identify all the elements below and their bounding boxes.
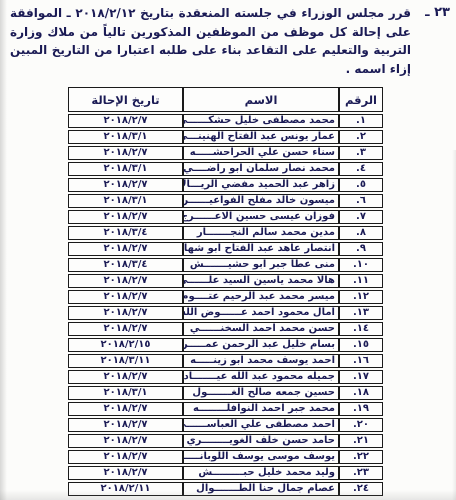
- col-header-date: تاريخ الإحالة: [68, 87, 183, 112]
- row-date-cell: ٢٠١٨/٢/٧: [68, 290, 183, 304]
- row-number-cell: ٤.: [339, 162, 383, 176]
- decision-text: قرر مجلس الوزراء في جلسته المنعقدة بتاري…: [10, 4, 411, 78]
- row-name-cell: مدين محمد سالم النجـــــــار: [183, 226, 339, 240]
- scan-artifact-right-edge: [452, 150, 456, 500]
- row-name-cell: يوسف موسى يوسف اللوبانـــــي: [183, 450, 339, 464]
- row-number-cell: ١٤.: [339, 322, 383, 336]
- row-name-cell: منى عطا جبر ابو حشيـــــــش: [183, 258, 339, 272]
- table-header-row: الرقم الاسم تاريخ الإحالة: [68, 87, 383, 112]
- row-name-cell: هالا محمد ياسين السيد علــــــي: [183, 274, 339, 288]
- table-row: ١٢. ميسر محمد عبد الرحيم عتــــوم ٢٠١٨/٢…: [68, 290, 383, 304]
- table-row: ١٨. حسين جمعه صالح الغـــــــول ٢٠١٨/٣/١: [68, 386, 383, 400]
- row-number-cell: ٢٠.: [339, 418, 383, 432]
- scanned-decree-page: { "page": { "background": "#fcfcfa", "in…: [0, 0, 456, 500]
- table-row: ١٧. جميله محمود عبد الله عيـــــــاد ٢٠١…: [68, 370, 383, 384]
- row-number-cell: ٧.: [339, 210, 383, 224]
- row-date-cell: ٢٠١٨/٢/٧: [68, 450, 183, 464]
- table-body: ١. محمد مصطفى خليل حشكــــــي ٢٠١٨/٢/٧ ٢…: [68, 114, 383, 496]
- row-number-cell: ٢٢.: [339, 450, 383, 464]
- row-number-cell: ٢٣.: [339, 466, 383, 480]
- table-row: ٦. ميسون خالد مفلح الفواعيــــــر ٢٠١٨/٣…: [68, 194, 383, 208]
- row-number-cell: ١٩.: [339, 402, 383, 416]
- row-name-cell: فوزان عيسى حسين الاعــــــرج: [183, 210, 339, 224]
- row-name-cell: انتصار عاهد عبد الفتاح ابو شهاب: [183, 242, 339, 256]
- row-number-cell: ١٥.: [339, 338, 383, 352]
- table-row: ١٠. منى عطا جبر ابو حشيـــــــش ٢٠١٨/٣/٤: [68, 258, 383, 272]
- row-name-cell: احمد مصطفى علي العباســــــي: [183, 418, 339, 432]
- row-date-cell: ٢٠١٨/٢/٧: [68, 274, 183, 288]
- table-row: ٩. انتصار عاهد عبد الفتاح ابو شهاب ٢٠١٨/…: [68, 242, 383, 256]
- item-number: ٢٣ ـ: [416, 4, 450, 78]
- row-number-cell: ٢١.: [339, 434, 383, 448]
- row-number-cell: ١٧.: [339, 370, 383, 384]
- row-number-cell: ٣.: [339, 146, 383, 160]
- row-name-cell: سناء حسن علي الحراحشـــــه: [183, 146, 339, 160]
- table-row: ١٦. احمد يوسف محمد ابو زينـــــه ٢٠١٨/٣/…: [68, 354, 383, 368]
- row-name-cell: بسام خليل عبد الرحمن عمـــــرو: [183, 338, 339, 352]
- row-date-cell: ٢٠١٨/٣/١: [68, 386, 183, 400]
- table-row: ١. محمد مصطفى خليل حشكــــــي ٢٠١٨/٢/٧: [68, 114, 383, 128]
- row-date-cell: ٢٠١٨/٣/١١: [68, 354, 183, 368]
- row-name-cell: وليد محمد خليل حبـــــــــش: [183, 466, 339, 480]
- row-name-cell: جميله محمود عبد الله عيـــــــاد: [183, 370, 339, 384]
- row-date-cell: ٢٠١٨/٢/٧: [68, 322, 183, 336]
- row-date-cell: ٢٠١٨/٢/٧: [68, 146, 183, 160]
- table-row: ٢٠. احمد مصطفى علي العباســــــي ٢٠١٨/٢/…: [68, 418, 383, 432]
- row-name-cell: محمد مصطفى خليل حشكــــــي: [183, 114, 339, 128]
- row-name-cell: حامد حسن خلف الغويــــــــري: [183, 434, 339, 448]
- row-date-cell: ٢٠١٨/٢/١٥: [68, 338, 183, 352]
- table-row: ١٥. بسام خليل عبد الرحمن عمـــــرو ٢٠١٨/…: [68, 338, 383, 352]
- row-date-cell: ٢٠١٨/٣/٤: [68, 258, 183, 272]
- row-date-cell: ٢٠١٨/٢/٧: [68, 114, 183, 128]
- row-date-cell: ٢٠١٨/٢/٧: [68, 370, 183, 384]
- table-row: ٢. عمار يونس عبد الفتاح الهنينـــي ٢٠١٨/…: [68, 130, 383, 144]
- row-number-cell: ٢٤.: [339, 482, 383, 496]
- row-number-cell: ٦.: [339, 194, 383, 208]
- table-row: ١١. هالا محمد ياسين السيد علــــــي ٢٠١٨…: [68, 274, 383, 288]
- retirement-table: الرقم الاسم تاريخ الإحالة ١. محمد مصطفى …: [68, 85, 383, 498]
- row-number-cell: ١.: [339, 114, 383, 128]
- table-row: ٢٢. يوسف موسى يوسف اللوبانـــــي ٢٠١٨/٢/…: [68, 450, 383, 464]
- row-name-cell: احمد يوسف محمد ابو زينـــــه: [183, 354, 339, 368]
- table-row: ١٩. محمد جبر احمد النوافلــــــــه ٢٠١٨/…: [68, 402, 383, 416]
- row-date-cell: ٢٠١٨/٣/١: [68, 162, 183, 176]
- row-name-cell: ميسون خالد مفلح الفواعيــــــر: [183, 194, 339, 208]
- row-name-cell: عمار يونس عبد الفتاح الهنينـــي: [183, 130, 339, 144]
- row-number-cell: ٨.: [339, 226, 383, 240]
- row-date-cell: ٢٠١٨/٢/٧: [68, 178, 183, 192]
- table-row: ١٣. امال محمود احمد عــــــوض الله ٢٠١٨/…: [68, 306, 383, 320]
- row-number-cell: ٥.: [339, 178, 383, 192]
- row-number-cell: ١٨.: [339, 386, 383, 400]
- row-date-cell: ٢٠١٨/٢/٧: [68, 466, 183, 480]
- table-row: ٣. سناء حسن علي الحراحشـــــه ٢٠١٨/٢/٧: [68, 146, 383, 160]
- col-header-number: الرقم: [339, 87, 383, 112]
- row-date-cell: ٢٠١٨/٢/٧: [68, 434, 183, 448]
- row-date-cell: ٢٠١٨/٢/٧: [68, 210, 183, 224]
- row-number-cell: ١٦.: [339, 354, 383, 368]
- table-row: ٢١. حامد حسن خلف الغويــــــــري ٢٠١٨/٢/…: [68, 434, 383, 448]
- row-number-cell: ١٣.: [339, 306, 383, 320]
- col-header-name: الاسم: [183, 87, 339, 112]
- row-number-cell: ٢.: [339, 130, 383, 144]
- row-date-cell: ٢٠١٨/٢/١١: [68, 482, 183, 496]
- row-number-cell: ١١.: [339, 274, 383, 288]
- row-name-cell: عصام جمال حنا الطـــــــوال: [183, 482, 339, 496]
- row-date-cell: ٢٠١٨/٢/٧: [68, 402, 183, 416]
- table-row: ٢٣. وليد محمد خليل حبـــــــــش ٢٠١٨/٢/٧: [68, 466, 383, 480]
- table-row: ٧. فوزان عيسى حسين الاعــــــرج ٢٠١٨/٢/٧: [68, 210, 383, 224]
- row-date-cell: ٢٠١٨/٢/٧: [68, 418, 183, 432]
- retirement-table-wrapper: الرقم الاسم تاريخ الإحالة ١. محمد مصطفى …: [62, 85, 383, 498]
- table-row: ٤. محمد نصار سلمان ابو راضــــي ٢٠١٨/٣/١: [68, 162, 383, 176]
- table-row: ٢٤. عصام جمال حنا الطـــــــوال ٢٠١٨/٢/١…: [68, 482, 383, 496]
- row-number-cell: ٩.: [339, 242, 383, 256]
- row-date-cell: ٢٠١٨/٣/١: [68, 194, 183, 208]
- row-date-cell: ٢٠١٨/٢/٧: [68, 242, 183, 256]
- row-name-cell: حسين جمعه صالح الغـــــــول: [183, 386, 339, 400]
- row-date-cell: ٢٠١٨/٣/٤: [68, 226, 183, 240]
- table-row: ١٤. حسن محمد احمد السخنــــــي ٢٠١٨/٢/٧: [68, 322, 383, 336]
- table-row: ٥. زاهر عبد الحميد مفضي الريـــالات ٢٠١٨…: [68, 178, 383, 192]
- row-name-cell: محمد جبر احمد النوافلــــــــه: [183, 402, 339, 416]
- row-date-cell: ٢٠١٨/٢/٧: [68, 306, 183, 320]
- table-row: ٨. مدين محمد سالم النجـــــــار ٢٠١٨/٣/٤: [68, 226, 383, 240]
- row-name-cell: امال محمود احمد عــــــوض الله: [183, 306, 339, 320]
- row-number-cell: ١٠.: [339, 258, 383, 272]
- row-date-cell: ٢٠١٨/٣/١: [68, 130, 183, 144]
- row-name-cell: زاهر عبد الحميد مفضي الريـــالات: [183, 178, 339, 192]
- decision-paragraph: ٢٣ ـ قرر مجلس الوزراء في جلسته المنعقدة …: [0, 0, 456, 78]
- row-name-cell: ميسر محمد عبد الرحيم عتــــوم: [183, 290, 339, 304]
- row-number-cell: ١٢.: [339, 290, 383, 304]
- row-name-cell: محمد نصار سلمان ابو راضــــي: [183, 162, 339, 176]
- row-name-cell: حسن محمد احمد السخنــــــي: [183, 322, 339, 336]
